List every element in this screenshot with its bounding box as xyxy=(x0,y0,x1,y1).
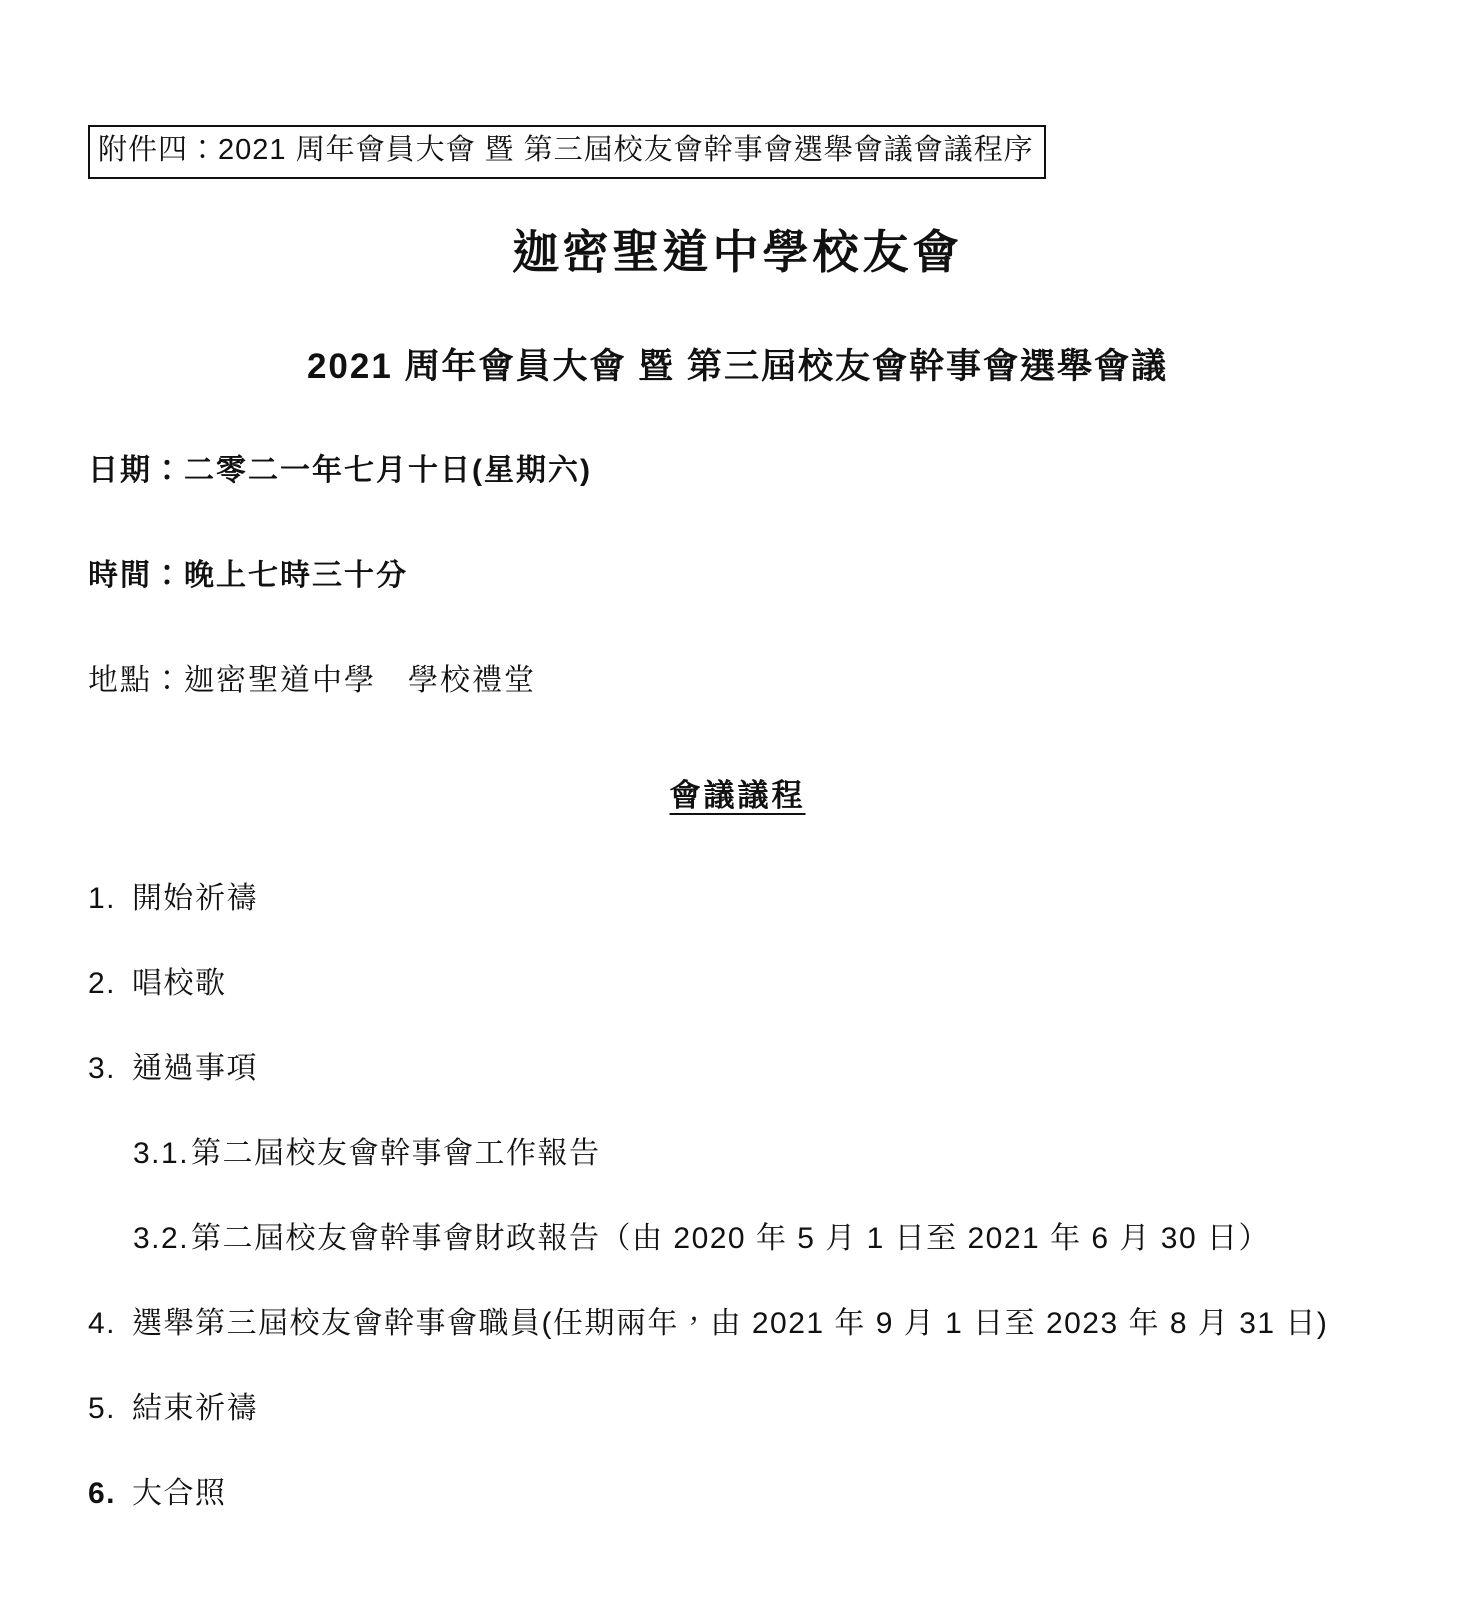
agenda-item-1-text: 開始祈禱 xyxy=(132,882,258,915)
agenda-item-6-text: 大合照 xyxy=(132,1477,227,1510)
agenda-item-3-number: 3. xyxy=(88,1049,132,1089)
agenda-heading: 會議議程 xyxy=(88,770,1387,815)
agenda-heading-text: 會議議程 xyxy=(670,778,806,813)
meeting-date-line: 日期：二零二一年七月十日(星期六) xyxy=(88,452,1387,490)
agenda-item-3-2: 3.2.第二屆校友會幹事會財政報告（由 2020 年 5 月 1 日至 2021… xyxy=(133,1219,1387,1259)
agenda-item-4-number: 4. xyxy=(88,1304,132,1344)
agenda-item-3-2-text: 第二屆校友會幹事會財政報告（由 2020 年 5 月 1 日至 2021 年 6… xyxy=(191,1222,1270,1255)
agenda-item-5-text: 結束祈禱 xyxy=(132,1392,258,1425)
document-page: 附件四：2021 周年會員大會 暨 第三屆校友會幹事會選舉會議會議程序 迦密聖道… xyxy=(0,0,1477,1600)
agenda-item-6-number: 6. xyxy=(88,1474,132,1514)
agenda-item-1-number: 1. xyxy=(88,879,132,919)
document-title: 迦密聖道中學校友會 xyxy=(88,225,1387,280)
agenda-item-1: 1.開始祈禱 xyxy=(88,879,1387,919)
agenda-item-3: 3.通過事項 xyxy=(88,1049,1387,1089)
agenda-item-3-1: 3.1.第二屆校友會幹事會工作報告 xyxy=(133,1134,1387,1174)
meeting-time-line: 時間：晚上七時三十分 xyxy=(88,557,1387,595)
agenda-item-4-text: 選舉第三屆校友會幹事會職員(任期兩年，由 2021 年 9 月 1 日至 202… xyxy=(132,1307,1328,1340)
agenda-item-6: 6.大合照 xyxy=(88,1474,1387,1514)
attachment-label-box: 附件四：2021 周年會員大會 暨 第三屆校友會幹事會選舉會議會議程序 xyxy=(88,125,1046,179)
meeting-date-label: 日期： xyxy=(88,454,184,487)
agenda-item-4: 4.選舉第三屆校友會幹事會職員(任期兩年，由 2021 年 9 月 1 日至 2… xyxy=(88,1304,1387,1344)
agenda-list: 1.開始祈禱 2.唱校歌 3.通過事項 3.1.第二屆校友會幹事會工作報告 3.… xyxy=(88,879,1387,1514)
document-subtitle: 2021 周年會員大會 暨 第三屆校友會幹事會選舉會議 xyxy=(88,346,1387,388)
meeting-date-value: 二零二一年七月十日(星期六) xyxy=(184,454,592,487)
meeting-meta: 日期：二零二一年七月十日(星期六) 時間：晚上七時三十分 地點：迦密聖道中學 學… xyxy=(88,452,1387,700)
agenda-item-2-number: 2. xyxy=(88,964,132,1004)
meeting-venue-label: 地點： xyxy=(88,664,184,697)
meeting-time-value: 晚上七時三十分 xyxy=(184,559,408,592)
agenda-item-3-1-number: 3.1. xyxy=(133,1134,189,1174)
meeting-time-label: 時間： xyxy=(88,559,184,592)
agenda-item-2-text: 唱校歌 xyxy=(132,967,227,1000)
meeting-venue-line: 地點：迦密聖道中學 學校禮堂 xyxy=(88,662,1387,700)
agenda-item-3-1-text: 第二屆校友會幹事會工作報告 xyxy=(191,1137,601,1170)
agenda-item-2: 2.唱校歌 xyxy=(88,964,1387,1004)
agenda-item-3-2-number: 3.2. xyxy=(133,1219,189,1259)
agenda-item-5-number: 5. xyxy=(88,1389,132,1429)
agenda-item-5: 5.結束祈禱 xyxy=(88,1389,1387,1429)
meeting-venue-value: 迦密聖道中學 學校禮堂 xyxy=(184,664,536,697)
attachment-label-text: 附件四：2021 周年會員大會 暨 第三屆校友會幹事會選舉會議會議程序 xyxy=(98,134,1034,166)
agenda-item-3-text: 通過事項 xyxy=(132,1052,258,1085)
